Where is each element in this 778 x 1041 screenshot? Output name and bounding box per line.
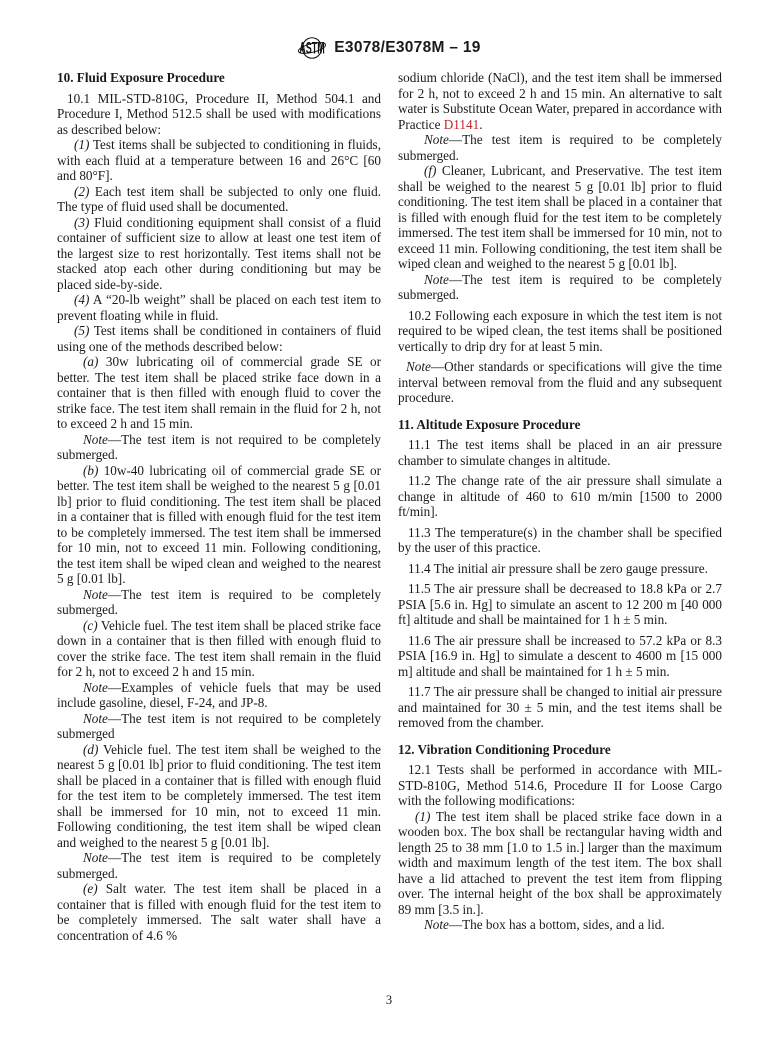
- paragraph-salt-water-continued: sodium chloride (NaCl), and the test ite…: [398, 70, 722, 132]
- list-item-4: (4) A “20-lb weight” shall be placed on …: [57, 292, 381, 323]
- list-item-1: (1) Test items shall be subjected to con…: [57, 137, 381, 184]
- section-11-heading: 11. Altitude Exposure Procedure: [398, 417, 722, 433]
- note-paragraph: Note—The test item is required to be com…: [398, 272, 722, 303]
- paragraph-11-6: 11.6 The air pressure shall be increased…: [398, 633, 722, 680]
- astm-logo-icon: ASTM: [297, 36, 327, 60]
- sub-item-f: (f) Cleaner, Lubricant, and Preservative…: [398, 163, 722, 272]
- page-footer: 3: [0, 993, 778, 1008]
- list-item-5: (5) Test items shall be conditioned in c…: [57, 323, 381, 354]
- svg-text:ASTM: ASTM: [300, 39, 326, 58]
- page-header: ASTM E3078/E3078M – 19: [0, 36, 778, 60]
- note-paragraph: Note—Other standards or specifications w…: [398, 359, 722, 406]
- section-12-heading: 12. Vibration Conditioning Procedure: [398, 742, 722, 758]
- sub-item-c: (c) Vehicle fuel. The test item shall be…: [57, 618, 381, 680]
- left-column: 10. Fluid Exposure Procedure 10.1 MIL-ST…: [57, 70, 381, 943]
- note-paragraph: Note—Examples of vehicle fuels that may …: [57, 680, 381, 711]
- note-paragraph: Note—The test item is required to be com…: [57, 587, 381, 618]
- paragraph-11-7: 11.7 The air pressure shall be changed t…: [398, 684, 722, 731]
- practice-d1141-link[interactable]: D1141: [444, 117, 479, 132]
- list-item-1-vibration: (1) The test item shall be placed strike…: [398, 809, 722, 918]
- page-number: 3: [386, 993, 392, 1007]
- note-paragraph: Note—The test item is not required to be…: [57, 711, 381, 742]
- paragraph-11-2: 11.2 The change rate of the air pressure…: [398, 473, 722, 520]
- standard-designation: E3078/E3078M – 19: [334, 39, 480, 57]
- sub-item-e: (e) Salt water. The test item shall be p…: [57, 881, 381, 943]
- note-paragraph: Note—The box has a bottom, sides, and a …: [398, 917, 722, 933]
- list-item-3: (3) Fluid conditioning equipment shall c…: [57, 215, 381, 293]
- paragraph-10-2: 10.2 Following each exposure in which th…: [398, 308, 722, 355]
- note-paragraph: Note—The test item is required to be com…: [57, 850, 381, 881]
- paragraph-11-3: 11.3 The temperature(s) in the chamber s…: [398, 525, 722, 556]
- paragraph-11-4: 11.4 The initial air pressure shall be z…: [398, 561, 722, 577]
- paragraph-12-1: 12.1 Tests shall be performed in accorda…: [398, 762, 722, 809]
- sub-item-a: (a) 30w lubricating oil of commercial gr…: [57, 354, 381, 432]
- right-column: sodium chloride (NaCl), and the test ite…: [398, 70, 722, 943]
- note-paragraph: Note—The test item is required to be com…: [398, 132, 722, 163]
- two-column-body: 10. Fluid Exposure Procedure 10.1 MIL-ST…: [57, 70, 722, 943]
- note-paragraph: Note—The test item is not required to be…: [57, 432, 381, 463]
- paragraph-11-5: 11.5 The air pressure shall be decreased…: [398, 581, 722, 628]
- sub-item-b: (b) 10w-40 lubricating oil of commercial…: [57, 463, 381, 587]
- section-10-heading: 10. Fluid Exposure Procedure: [57, 70, 381, 86]
- document-page: ASTM E3078/E3078M – 19 10. Fluid Exposur…: [0, 0, 778, 1041]
- list-item-2: (2) Each test item shall be subjected to…: [57, 184, 381, 215]
- sub-item-d: (d) Vehicle fuel. The test item shall be…: [57, 742, 381, 851]
- paragraph-10-1: 10.1 MIL-STD-810G, Procedure II, Method …: [57, 91, 381, 138]
- paragraph-11-1: 11.1 The test items shall be placed in a…: [398, 437, 722, 468]
